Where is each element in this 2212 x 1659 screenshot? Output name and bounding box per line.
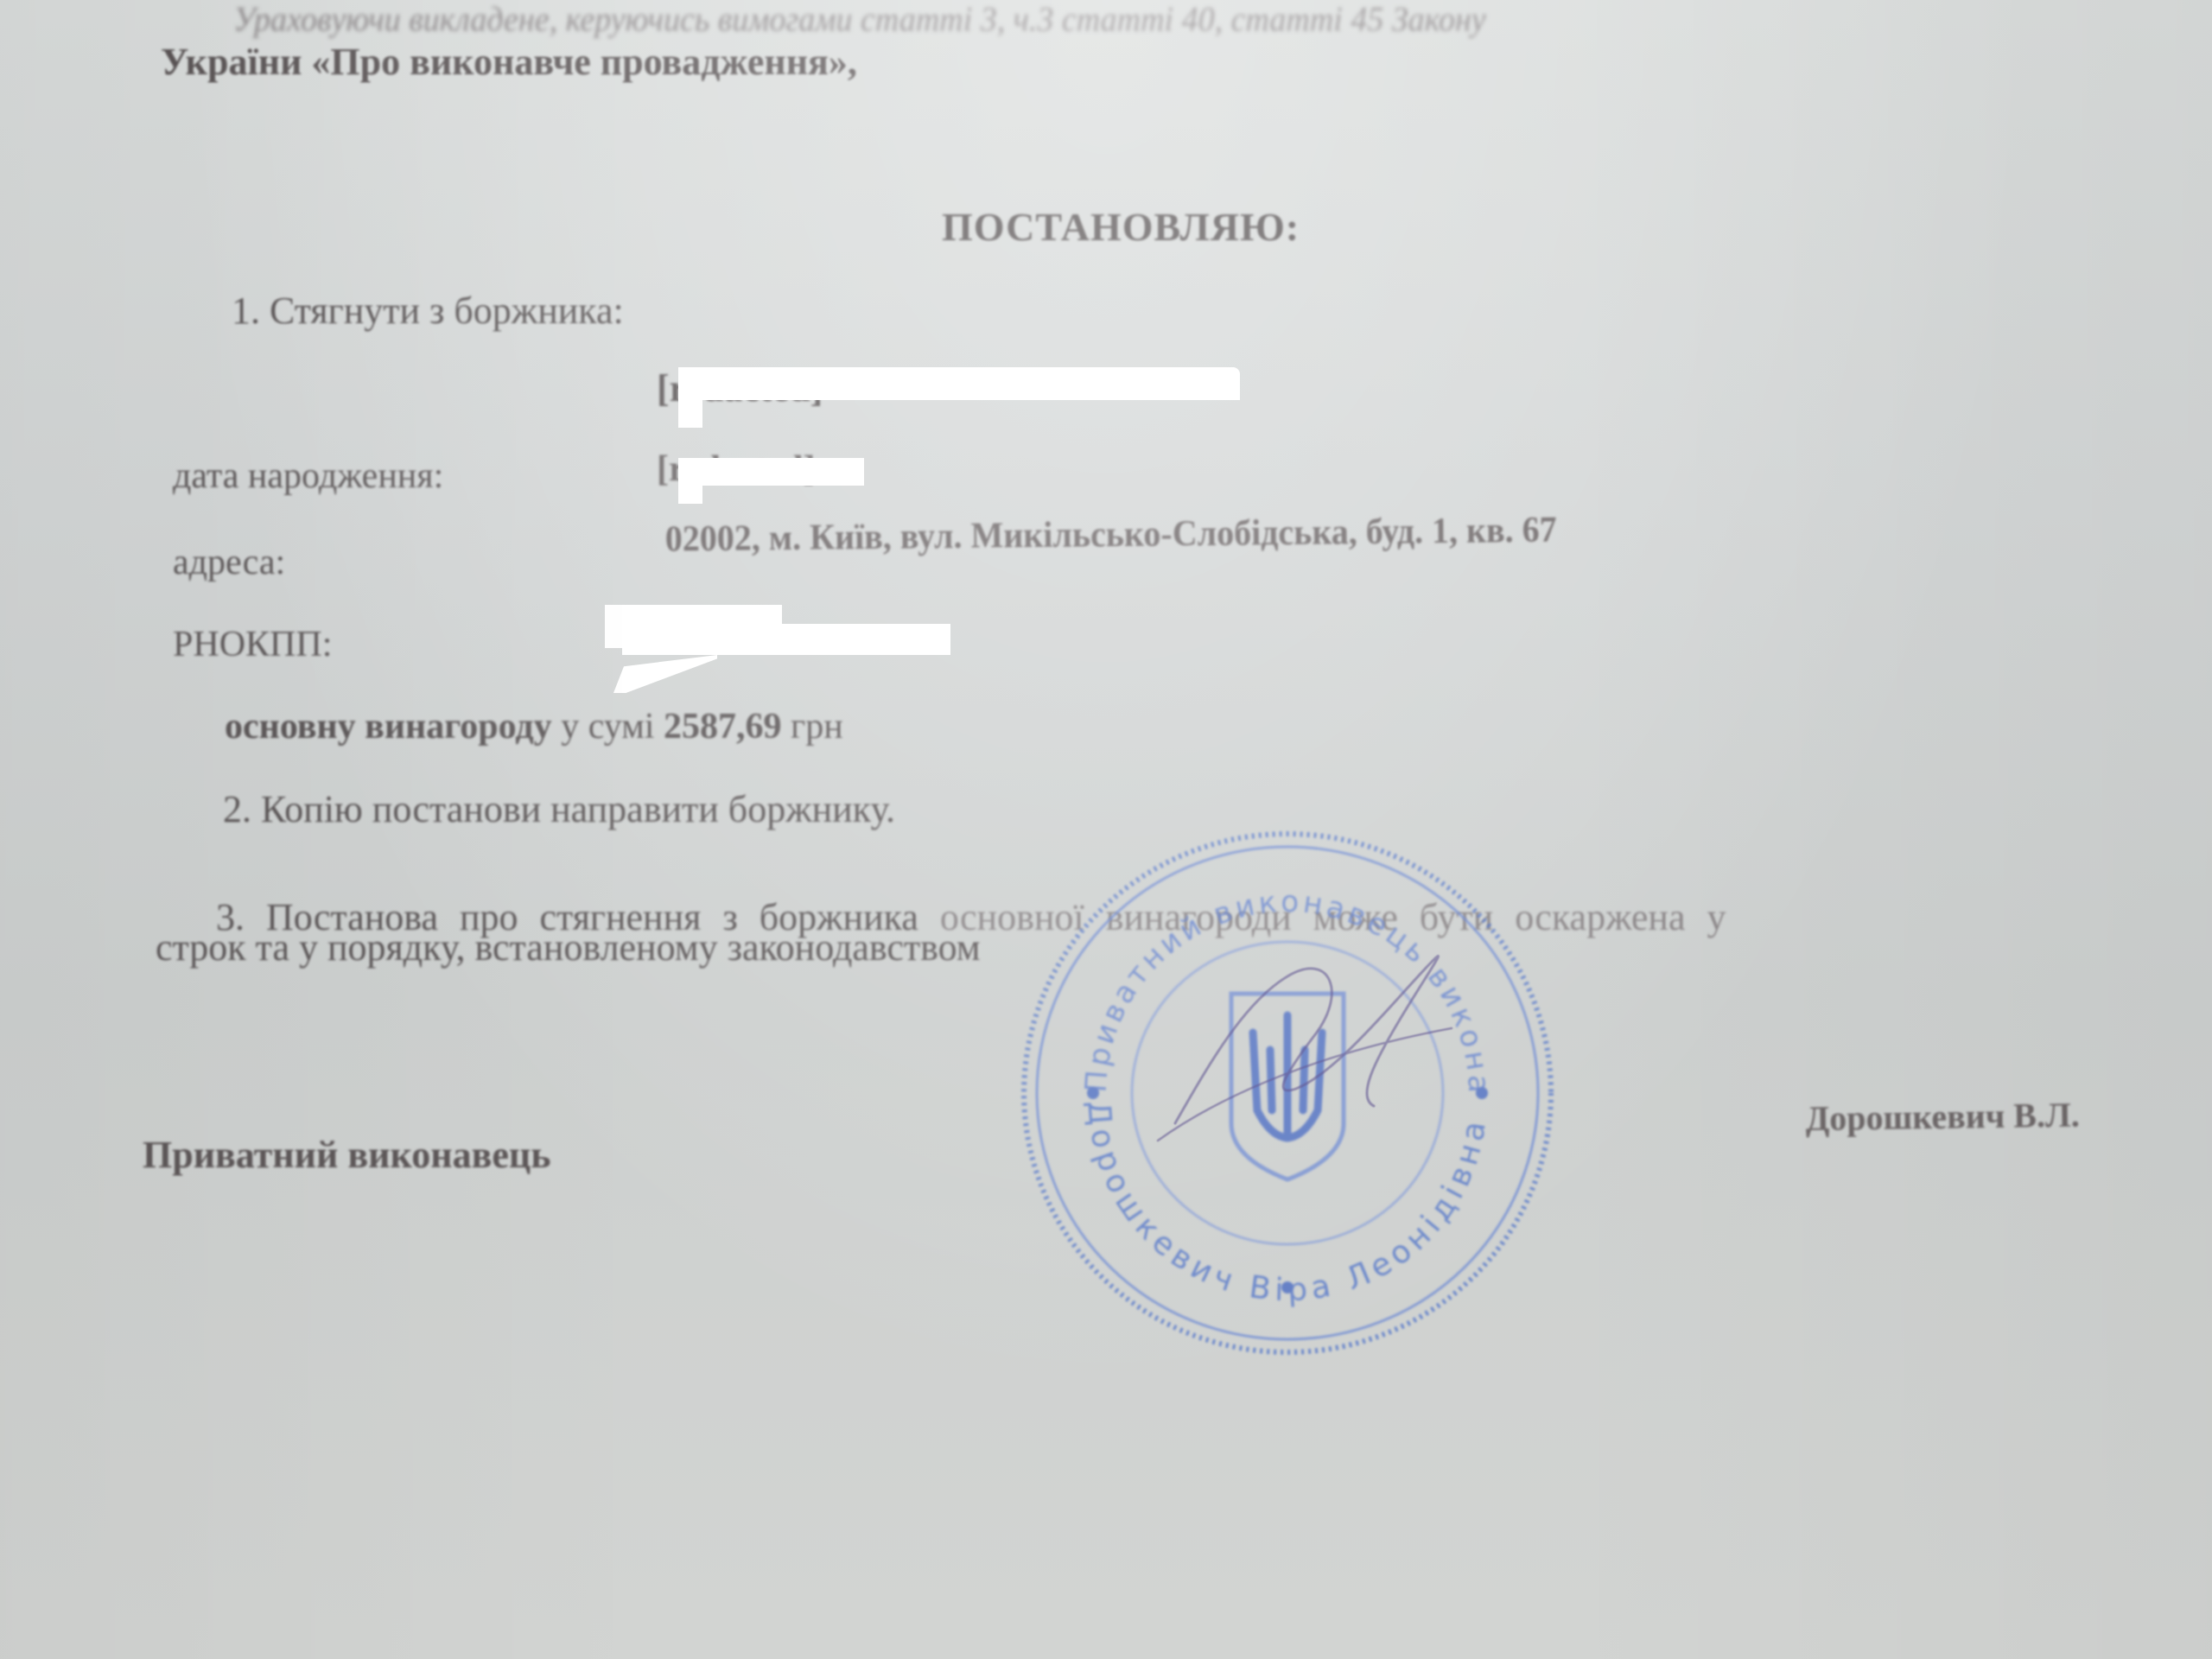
- signer-name: Дорошкевич В.Л.: [1805, 1098, 2080, 1136]
- item-2-text: 2. Копію постанови направити боржнику.: [223, 791, 895, 829]
- intro-line-1: Ураховуючи викладене, керуючись вимогами…: [233, 3, 1486, 37]
- handwritten-signature-icon: [1141, 925, 1469, 1149]
- redaction-bar: [622, 624, 950, 655]
- reward-currency: грн: [781, 707, 842, 747]
- reward-amount: 2587,69: [664, 707, 782, 747]
- dob-label: дата народження:: [173, 458, 443, 494]
- redaction-bar: [678, 367, 1240, 400]
- signer-role: Приватний виконавець: [143, 1136, 550, 1174]
- address-value: 02002, м. Київ, вул. Микільсько-Слобідсь…: [665, 512, 1557, 557]
- reward-rest: у сумі: [552, 707, 664, 747]
- redaction-bar: [613, 655, 717, 693]
- resolution-heading: ПОСТАНОВЛЯЮ:: [942, 207, 1300, 247]
- redaction-bar: [678, 480, 702, 504]
- redaction-bar: [678, 367, 702, 428]
- item-1-text: 1. Стягнути з боржника:: [232, 292, 624, 330]
- reward-line: основну винагороду у сумі 2587,69 грн: [225, 709, 843, 745]
- redaction-bar: [678, 458, 864, 486]
- address-label: адреса:: [173, 544, 285, 581]
- intro-line-2: України «Про виконавче провадження»,: [161, 43, 857, 81]
- item-3-line-2: строк та у порядку, встановленому законо…: [156, 929, 981, 967]
- rnokpp-label: РНОКПП:: [173, 626, 332, 663]
- reward-bold: основну винагороду: [225, 707, 552, 747]
- document-page: Ураховуючи викладене, керуючись вимогами…: [0, 0, 2212, 1659]
